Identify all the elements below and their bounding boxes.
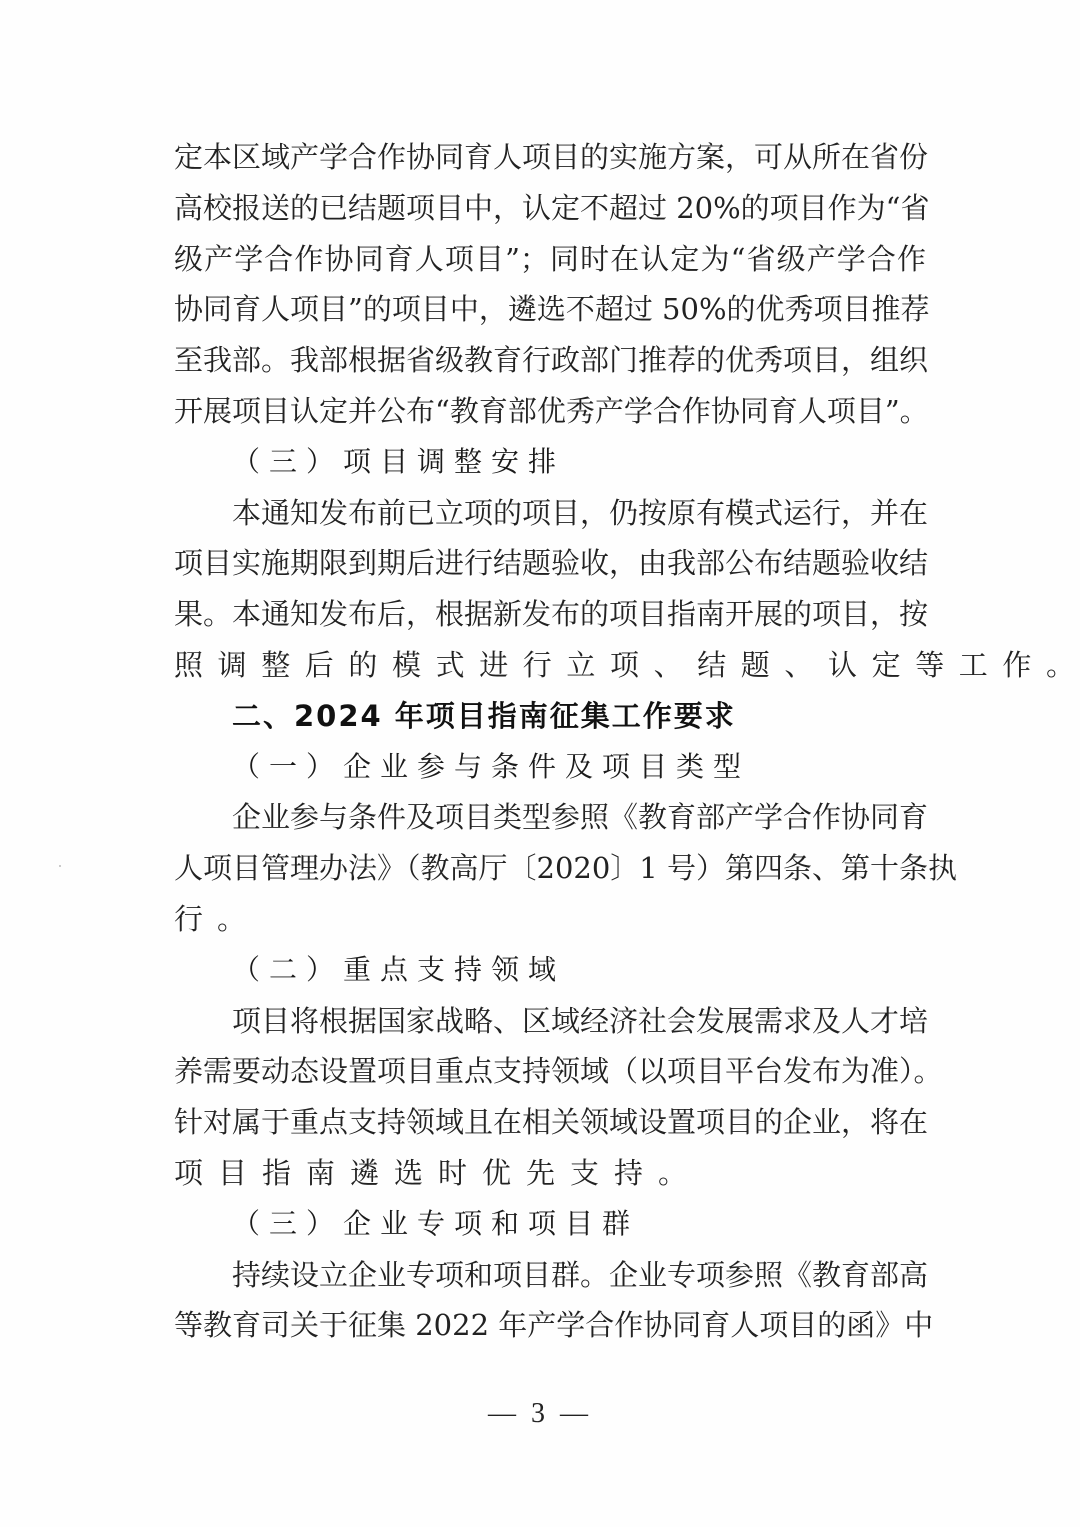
section-heading-two: 二、2024 年项目指南征集工作要求 — [174, 691, 926, 742]
paragraph-line: 养需要动态设置项目重点支持领域（以项目平台发布为准）。 — [174, 1046, 926, 1097]
paragraph-line: 持续设立企业专项和项目群。企业专项参照《教育部高 — [174, 1250, 926, 1301]
paragraph-line: 照调整后的模式进行立项、结题、认定等工作。 — [174, 640, 926, 691]
paragraph-line: 等教育司关于征集 2022 年产学合作协同育人项目的函》中 — [174, 1300, 926, 1351]
paragraph-line: 级产学合作协同育人项目”；同时在认定为“省级产学合作 — [174, 234, 926, 285]
paragraph-line: 项目将根据国家战略、区域经济社会发展需求及人才培 — [174, 996, 926, 1047]
document-page: 定本区域产学合作协同育人项目的实施方案，可从所在省份 高校报送的已结题项目中，认… — [0, 0, 1080, 1527]
paragraph-line: 定本区域产学合作协同育人项目的实施方案，可从所在省份 — [174, 132, 926, 183]
page-number: — 3 — — [0, 1398, 1080, 1430]
document-body: 定本区域产学合作协同育人项目的实施方案，可从所在省份 高校报送的已结题项目中，认… — [174, 132, 926, 1351]
paragraph-line: 高校报送的已结题项目中，认定不超过 20%的项目作为“省 — [174, 183, 926, 234]
section-heading-adjust: （三）项目调整安排 — [174, 437, 926, 488]
subsection-heading-1: （一）企业参与条件及项目类型 — [174, 742, 926, 793]
paragraph-line: 协同育人项目”的项目中，遴选不超过 50%的优秀项目推荐 — [174, 284, 926, 335]
paragraph-line: 项目实施期限到期后进行结题验收，由我部公布结题验收结 — [174, 538, 926, 589]
paragraph-line: 本通知发布前已立项的项目，仍按原有模式运行，并在 — [174, 488, 926, 539]
paragraph-line: 开展项目认定并公布“教育部优秀产学合作协同育人项目”。 — [174, 386, 926, 437]
paragraph-line: 至我部。我部根据省级教育行政部门推荐的优秀项目，组织 — [174, 335, 926, 386]
subsection-heading-2: （二）重点支持领域 — [174, 945, 926, 996]
paragraph-line: 人项目管理办法》（教高厅〔2020〕1 号）第四条、第十条执 — [174, 843, 926, 894]
scan-speck — [59, 865, 61, 867]
paragraph-line: 项目指南遴选时优先支持。 — [174, 1148, 926, 1199]
subsection-heading-3: （三）企业专项和项目群 — [174, 1199, 926, 1250]
paragraph-line: 行。 — [174, 894, 926, 945]
paragraph-line: 针对属于重点支持领域且在相关领域设置项目的企业，将在 — [174, 1097, 926, 1148]
paragraph-line: 企业参与条件及项目类型参照《教育部产学合作协同育 — [174, 792, 926, 843]
paragraph-line: 果。本通知发布后，根据新发布的项目指南开展的项目，按 — [174, 589, 926, 640]
